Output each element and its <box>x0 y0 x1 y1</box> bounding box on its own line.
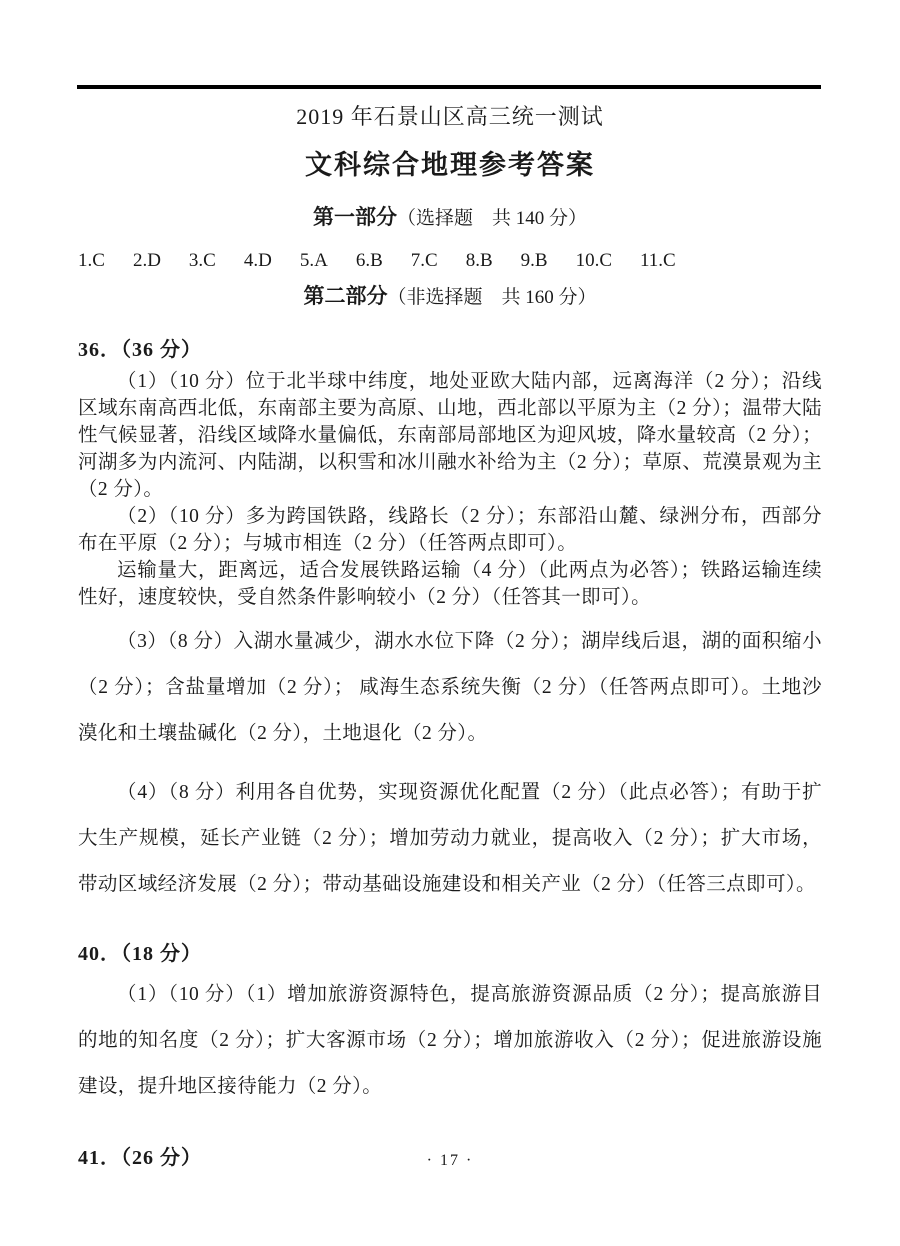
part2-heading-sub: （非选择题 共 160 分） <box>387 287 596 308</box>
page-number: · 17 · <box>0 1152 900 1170</box>
answer-item-4: 4.D <box>244 249 272 273</box>
part1-heading-name: 第一部分 <box>313 206 397 229</box>
multiple-choice-answers-row: 1.C 2.D 3.C 4.D 5.A 6.B 7.C 8.B 9.B 10.C… <box>78 249 822 273</box>
q36-answer-part2b: 运输量大，距离远，适合发展铁路运输（4 分）（此两点为必答）；铁路运输连续性好，… <box>78 557 822 611</box>
header-divider-rule <box>77 85 821 89</box>
q36-answer-part1: （1）（10 分）位于北半球中纬度，地处亚欧大陆内部，远离海洋（2 分）；沿线区… <box>78 368 822 503</box>
q36-answer-part3: （3）（8 分）入湖水量减少，湖水水位下降（2 分）；湖岸线后退，湖的面积缩小（… <box>78 619 822 757</box>
part1-heading: 第一部分（选择题 共 140 分） <box>78 205 822 232</box>
q36-answer-part2a: （2）（10 分）多为跨国铁路，线路长（2 分）；东部沿山麓、绿洲分布，西部分布… <box>78 503 822 557</box>
answer-item-8: 8.B <box>466 249 493 273</box>
answer-key-page: 2019 年石景山区高三统一测试 文科综合地理参考答案 第一部分（选择题 共 1… <box>0 0 900 1246</box>
answer-item-2: 2.D <box>133 249 161 273</box>
answer-item-10: 10.C <box>576 249 612 273</box>
answer-item-5: 5.A <box>300 249 328 273</box>
answer-key-title: 文科综合地理参考答案 <box>78 148 822 182</box>
answer-item-11: 11.C <box>640 249 676 273</box>
answer-item-6: 6.B <box>356 249 383 273</box>
answer-item-9: 9.B <box>521 249 548 273</box>
question-40-heading: 40．（18 分） <box>78 940 822 968</box>
answer-item-7: 7.C <box>411 249 438 273</box>
answer-item-1: 1.C <box>78 249 105 273</box>
part2-heading: 第二部分（非选择题 共 160 分） <box>78 284 822 311</box>
document-body: 2019 年石景山区高三统一测试 文科综合地理参考答案 第一部分（选择题 共 1… <box>78 96 822 1172</box>
part1-heading-sub: （选择题 共 140 分） <box>397 208 587 229</box>
exam-title: 2019 年石景山区高三统一测试 <box>78 102 822 131</box>
q36-answer-part4: （4）（8 分）利用各自优势，实现资源优化配置（2 分）（此点必答）；有助于扩大… <box>78 770 822 908</box>
question-36-heading: 36．（36 分） <box>78 336 822 364</box>
answer-item-3: 3.C <box>189 249 216 273</box>
q40-answer-part1: （1）（10 分）（1）增加旅游资源特色，提高旅游资源品质（2 分）；提高旅游目… <box>78 972 822 1110</box>
part2-heading-name: 第二部分 <box>303 285 387 308</box>
